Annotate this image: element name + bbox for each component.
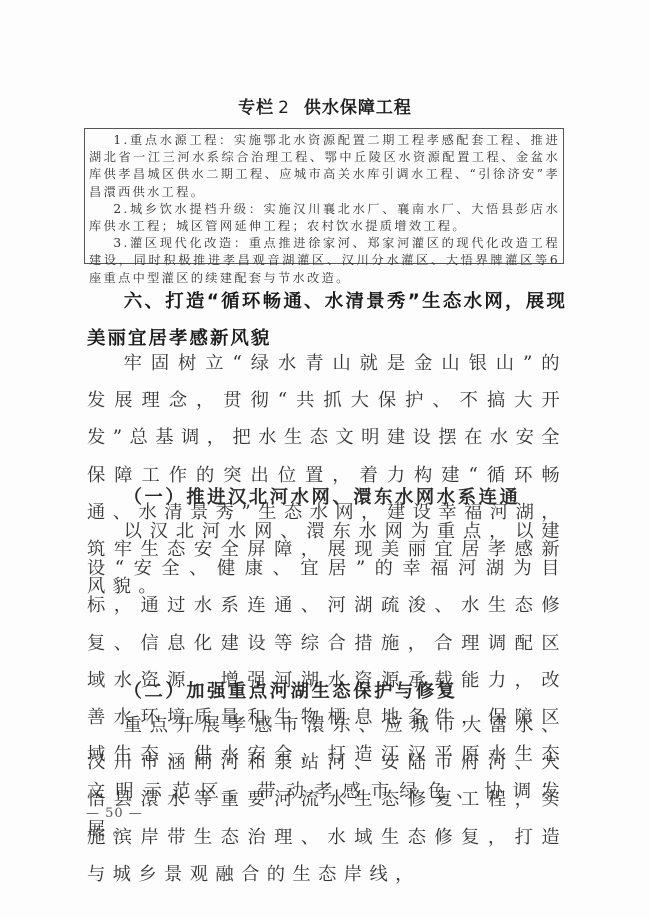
column-heading: 供水保障工程 <box>304 98 412 118</box>
document-page: 专栏2供水保障工程 1.重点水源工程：实施鄂北水资源配置二期工程孝感配套工程、推… <box>0 0 650 919</box>
column-item-1: 1.重点水源工程：实施鄂北水资源配置二期工程孝感配套工程、推进湖北省一江三河水系… <box>89 132 560 201</box>
subsection-title-1: （一）推进汉北河水网、澴东水网水系连通 <box>87 479 567 516</box>
column-item-3: 3.灌区现代化改造：重点推进徐家河、郑家河灌区的现代化改造工程建设，同时积极推进… <box>89 235 560 287</box>
subsection-body-2: 重点开展孝感市澴东、应城市大富水、汉川市涵闸河和泵站河、安陆市府河、大悟县澴水等… <box>87 707 567 893</box>
column-number: 2 <box>278 98 290 118</box>
column-item-2: 2.城乡饮水提档升级：实施汉川襄北水厂、襄南水厂、大悟县彭店水库供水工程；城区管… <box>89 201 560 235</box>
subsection-title-2: （二）加强重点河湖生态保护与修复 <box>87 673 567 710</box>
column-title: 专栏2供水保障工程 <box>0 93 650 118</box>
column-box: 1.重点水源工程：实施鄂北水资源配置二期工程孝感配套工程、推进湖北省一江三河水系… <box>84 128 564 264</box>
page-number: — 50 — <box>86 806 143 821</box>
column-label: 专栏 <box>238 98 274 118</box>
